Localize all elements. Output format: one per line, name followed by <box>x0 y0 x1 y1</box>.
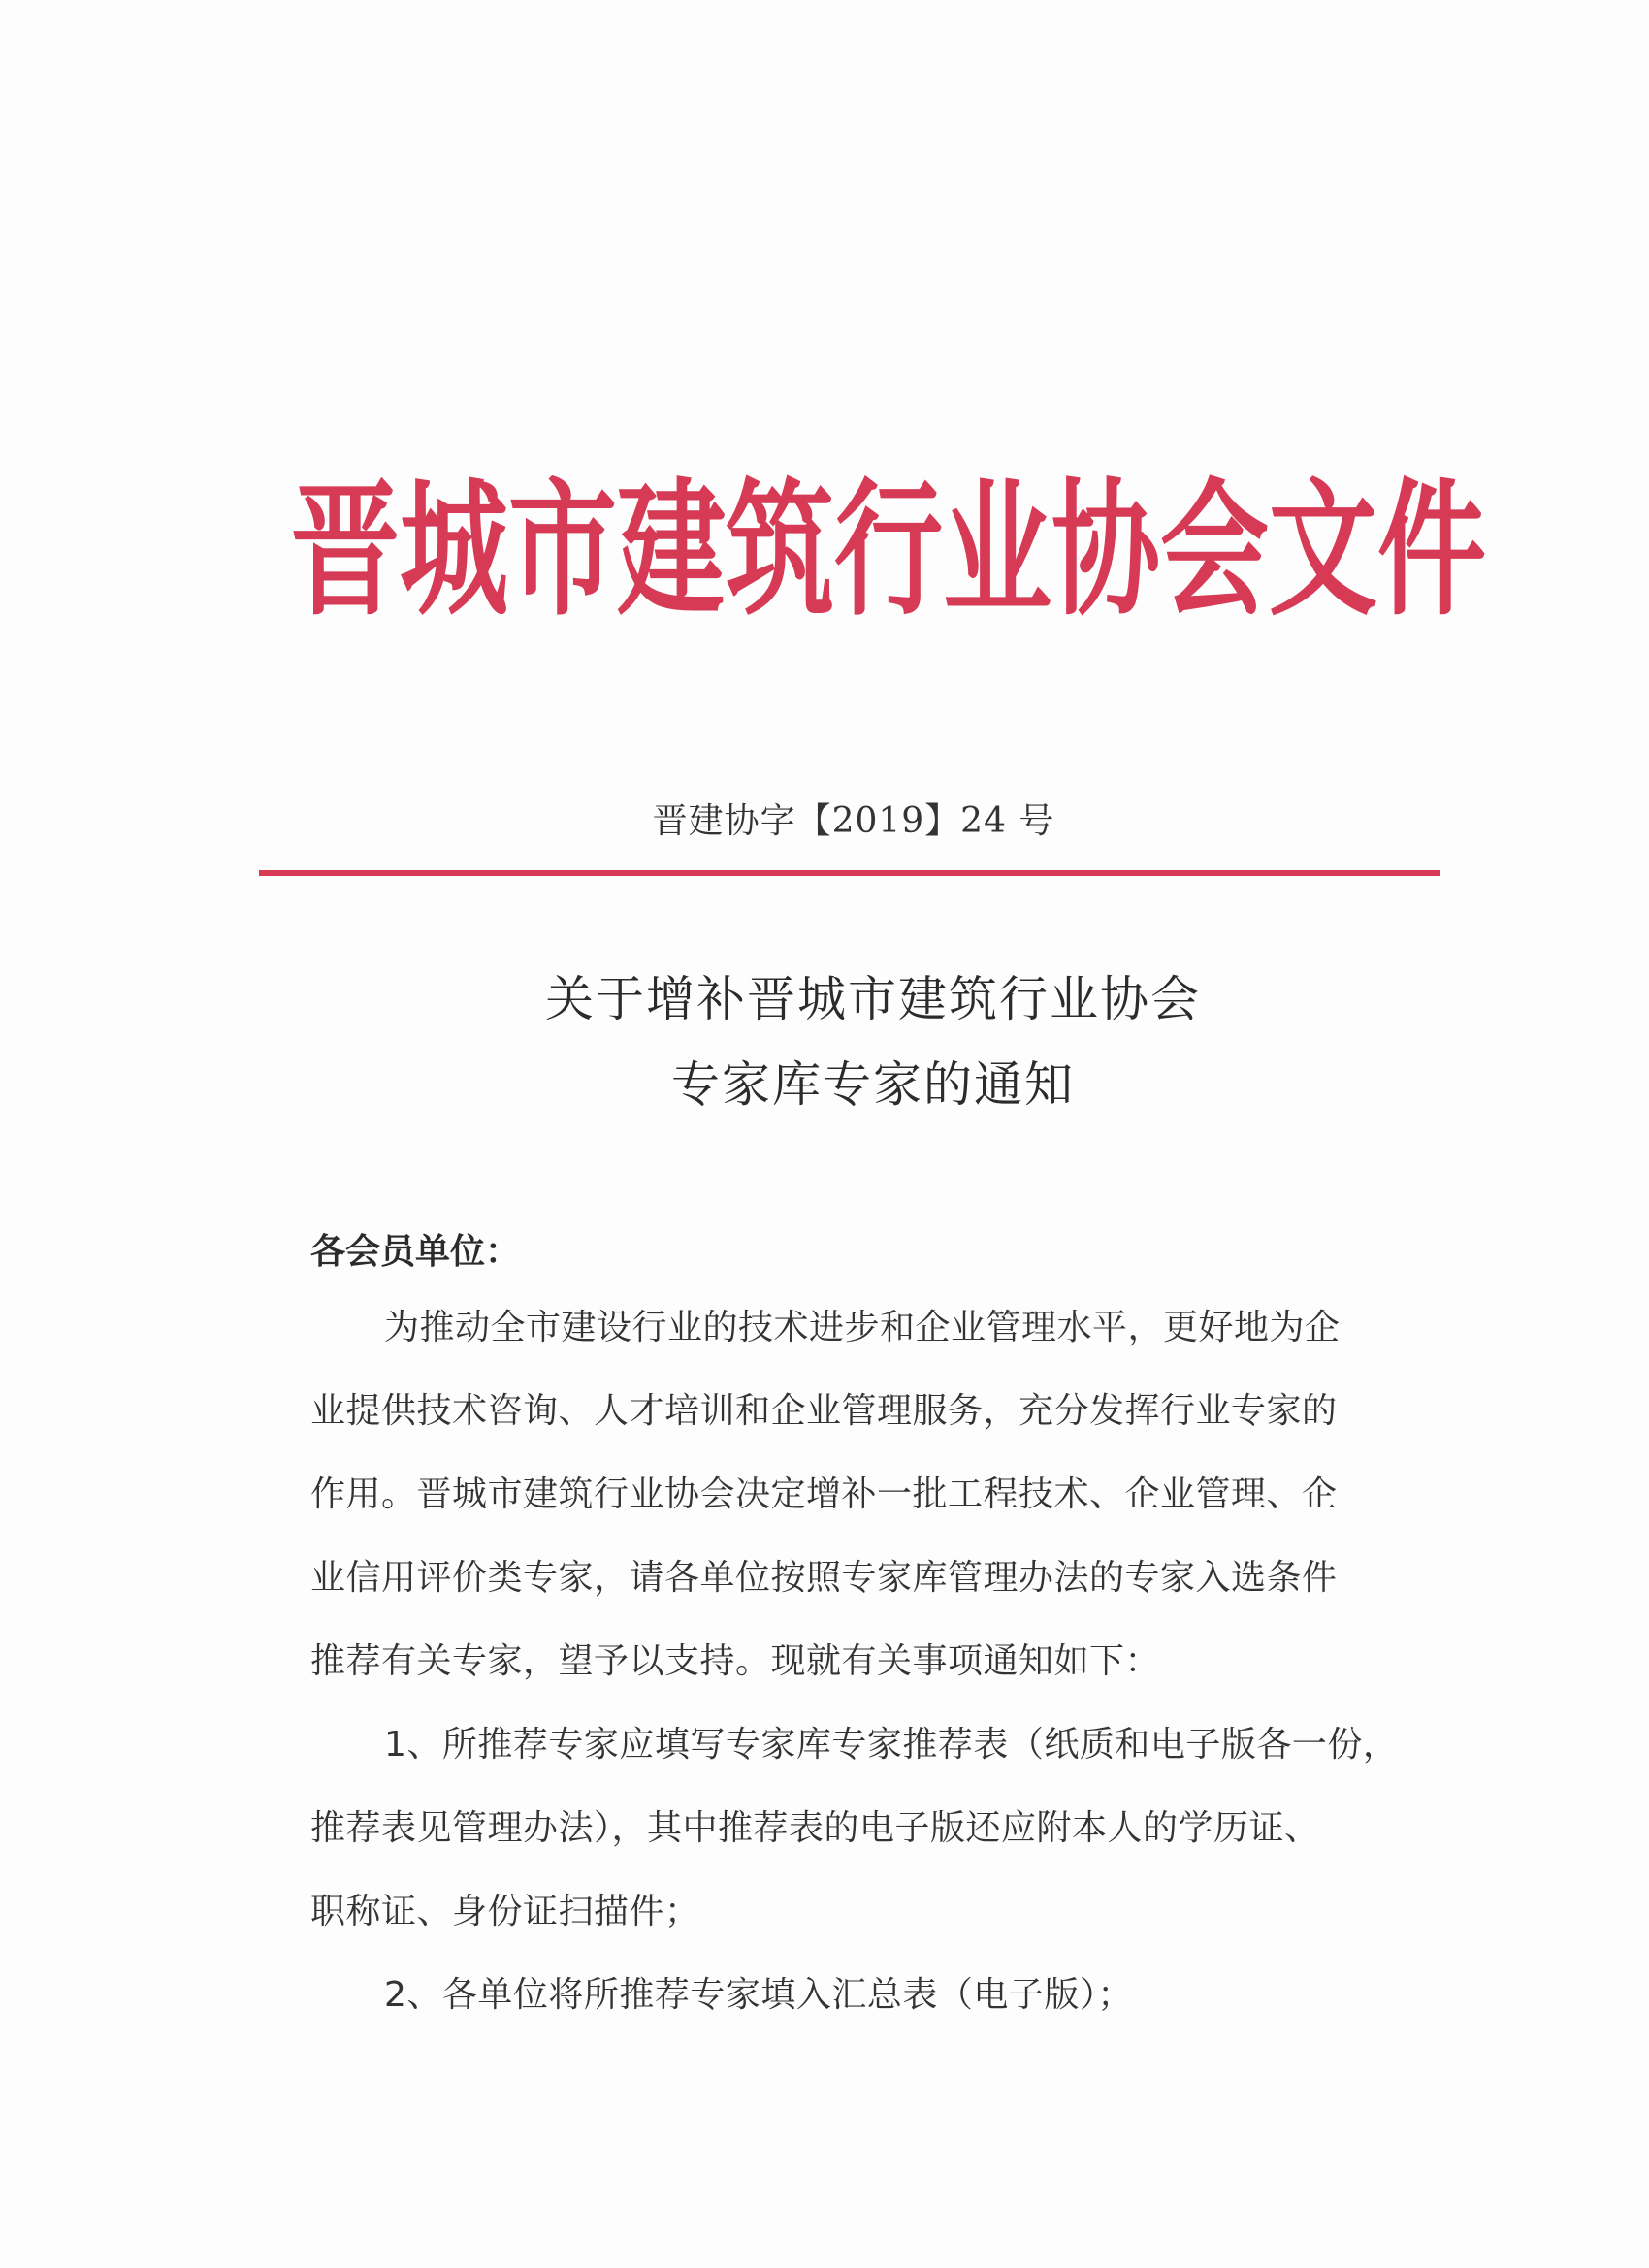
masthead-char: 晋 <box>291 477 400 624</box>
masthead-char: 行 <box>834 477 943 624</box>
salutation: 各会员单位： <box>310 1224 520 1274</box>
masthead-char: 市 <box>508 477 617 624</box>
red-divider <box>259 870 1440 876</box>
notice-title-line-2: 专家库专家的通知 <box>0 1046 1649 1116</box>
masthead-char: 建 <box>617 477 726 624</box>
body-line: 1、所推荐专家应填写专家库专家推荐表（纸质和电子版各一份， <box>310 1717 1405 1775</box>
masthead-char: 会 <box>1160 477 1269 624</box>
masthead-title: 晋 城 市 建 筑 行 业 协 会 文 件 <box>291 464 1406 638</box>
body-line: 作用。晋城市建筑行业协会决定增补一批工程技术、企业管理、企 <box>310 1467 1405 1525</box>
body-line: 业信用评价类专家，请各单位按照专家库管理办法的专家入选条件 <box>310 1550 1405 1608</box>
document-page: 晋 城 市 建 筑 行 业 协 会 文 件 晋建协字【2019】24 号 关于增… <box>0 0 1649 2268</box>
masthead-char: 筑 <box>726 477 834 624</box>
masthead-char: 文 <box>1269 477 1377 624</box>
body-line: 职称证、身份证扫描件； <box>310 1884 1405 1942</box>
masthead-char: 件 <box>1377 477 1486 624</box>
masthead-char: 业 <box>943 477 1051 624</box>
masthead-char: 协 <box>1051 477 1160 624</box>
body-line: 业提供技术咨询、人才培训和企业管理服务，充分发挥行业专家的 <box>310 1383 1405 1442</box>
body-line: 推荐有关专家，望予以支持。现就有关事项通知如下： <box>310 1634 1405 1692</box>
notice-title-line-1: 关于增补晋城市建筑行业协会 <box>0 960 1649 1030</box>
document-number: 晋建协字【2019】24 号 <box>0 794 1649 843</box>
body-line: 推荐表见管理办法），其中推荐表的电子版还应附本人的学历证、 <box>310 1800 1405 1859</box>
body-line: 2、各单位将所推荐专家填入汇总表（电子版）； <box>310 1967 1405 2025</box>
body-line: 为推动全市建设行业的技术进步和企业管理水平，更好地为企 <box>310 1300 1405 1358</box>
masthead-char: 城 <box>400 477 508 624</box>
